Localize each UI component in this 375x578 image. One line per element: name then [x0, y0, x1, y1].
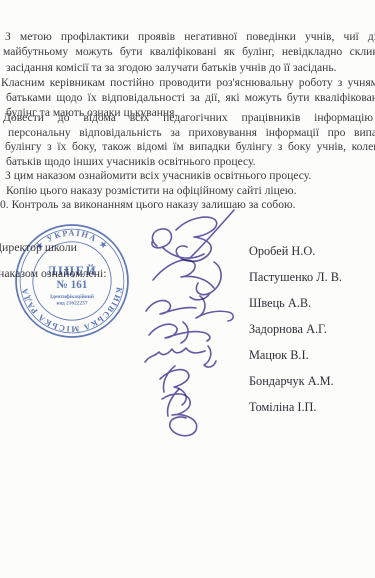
signatory-name: Томіліна І.П.: [249, 399, 342, 415]
body-line: З цим наказом ознайомити всіх учасників …: [0, 169, 375, 184]
body-line: З метою профілактики проявів негативної …: [0, 29, 375, 44]
body-line: батьками щодо їх відповідальності за дії…: [0, 90, 375, 105]
signatory-name: Пастушенко Л. В.: [249, 269, 342, 285]
signatory-name: Оробей Н.О.: [249, 243, 342, 259]
body-line: Копію цього наказу розмістити на офіційн…: [0, 184, 375, 199]
seal-number: № 161: [57, 279, 88, 291]
signatory-name: Мацюк В.І.: [249, 347, 342, 363]
body-line: батьків щодо інших учасників освітнього …: [0, 155, 375, 170]
seal-id-label: Ідентифікаційний: [50, 293, 94, 300]
signature-squiggle: [148, 385, 234, 437]
seal-id-code: код 21622237: [56, 300, 87, 306]
signatory-name: Задорнова А.Г.: [249, 321, 342, 337]
body-line: Класним керівникам постійно проводити ро…: [0, 75, 375, 90]
document-body-upper: З метою профілактики проявів негативної …: [0, 29, 375, 121]
body-line: булінгу з їх боку, також відомі їм випад…: [0, 140, 375, 155]
official-seal: ★ УКРАЇНА ★ КИЇВСЬКА МІСЬКА РАДА ЛІЦЕЙ №…: [13, 222, 131, 340]
body-line: Довести до відома всіх педагогічних прац…: [0, 111, 375, 126]
document-page: З метою профілактики проявів негативної …: [0, 0, 375, 578]
body-line: персональну відповідальність за приховув…: [0, 126, 375, 141]
body-line: майбутньому можуть бути кваліфіковані як…: [0, 44, 375, 59]
signatory-name: Бондарчук А.М.: [249, 373, 342, 389]
seal-institution: ЛІЦЕЙ: [47, 264, 97, 278]
document-body-lower: Довести до відома всіх педагогічних прац…: [0, 111, 375, 213]
signatory-name: Швець А.В.: [249, 295, 342, 311]
body-line: засідання комісії та за згодою залучати …: [0, 60, 375, 75]
signatories-list: Оробей Н.О. Пастушенко Л. В. Швець А.В. …: [249, 243, 342, 415]
